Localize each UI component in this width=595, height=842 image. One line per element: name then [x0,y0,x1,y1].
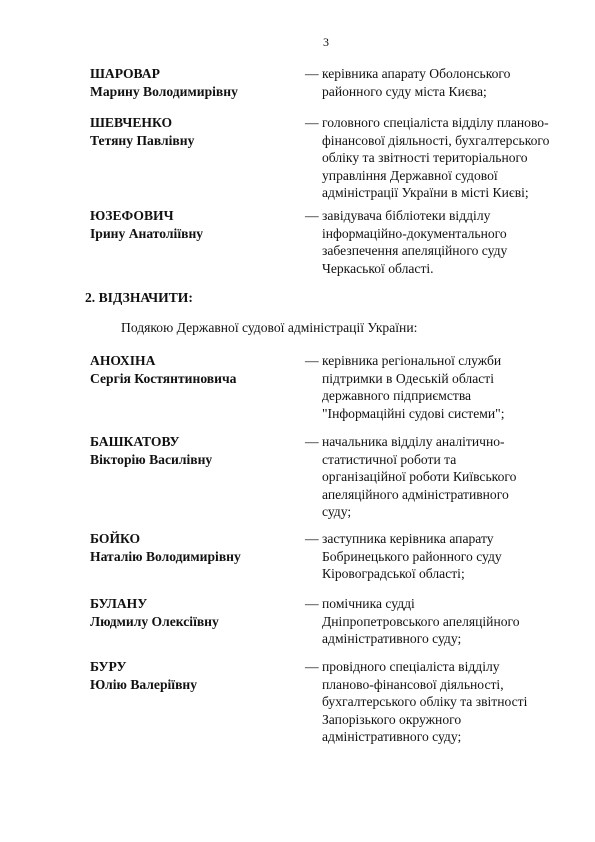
description-line: державного підприємства [322,387,562,405]
dash-separator: — [305,352,319,370]
description-line: обліку та звітності територіального [322,149,562,167]
dash-separator: — [305,114,319,132]
surname: ШЕВЧЕНКО [90,114,305,132]
given-names: Марину Володимирівну [90,83,305,101]
position-description: заступника керівника апаратуБобринецьког… [322,530,562,583]
person-name: ШЕВЧЕНКОТетяну Павлівну [90,114,305,149]
description-line: Дніпропетровського апеляційного [322,613,562,631]
surname: АНОХІНА [90,352,305,370]
given-names: Ірину Анатоліївну [90,225,305,243]
given-names: Людмилу Олексіївну [90,613,305,631]
person-name: ЮЗЕФОВИЧІрину Анатоліївну [90,207,305,242]
description-line: завідувача бібліотеки відділу [322,207,562,225]
position-description: начальника відділу аналітично-статистичн… [322,433,562,521]
person-name: БУЛАНУЛюдмилу Олексіївну [90,595,305,630]
surname: БОЙКО [90,530,305,548]
dash-separator: — [305,433,319,451]
dash-separator: — [305,595,319,613]
section-subtitle: Подякою Державної судової адміністрації … [121,319,417,337]
page-number: 3 [0,34,595,52]
dash-separator: — [305,530,319,548]
given-names: Вікторію Василівну [90,451,305,469]
position-description: керівника регіональної службипідтримки в… [322,352,562,422]
person-name: АНОХІНАСергія Костянтиновича [90,352,305,387]
description-line: районного суду міста Києва; [322,83,562,101]
description-line: керівника апарату Оболонського [322,65,562,83]
description-line: забезпечення апеляційного суду [322,242,562,260]
description-line: Бобринецького районного суду [322,548,562,566]
person-name: БУРУЮлію Валеріївну [90,658,305,693]
description-line: адміністрації України в місті Києві; [322,184,562,202]
description-line: головного спеціаліста відділу планово- [322,114,562,132]
description-line: апеляційного адміністративного [322,486,562,504]
description-line: управління Державної судової [322,167,562,185]
given-names: Сергія Костянтиновича [90,370,305,388]
dash-separator: — [305,207,319,225]
person-name: БАШКАТОВУВікторію Василівну [90,433,305,468]
surname: ЮЗЕФОВИЧ [90,207,305,225]
description-line: підтримки в Одеській області [322,370,562,388]
description-line: заступника керівника апарату [322,530,562,548]
dash-separator: — [305,65,319,83]
description-line: помічника судді [322,595,562,613]
description-line: адміністративного суду; [322,630,562,648]
position-description: головного спеціаліста відділу планово-фі… [322,114,562,202]
position-description: провідного спеціаліста відділупланово-фі… [322,658,562,746]
description-line: суду; [322,503,562,521]
person-name: БОЙКОНаталію Володимирівну [90,530,305,565]
surname: БУРУ [90,658,305,676]
section-title: 2. ВІДЗНАЧИТИ: [85,289,193,307]
surname: БУЛАНУ [90,595,305,613]
position-description: помічника суддіДніпропетровського апеляц… [322,595,562,648]
given-names: Тетяну Павлівну [90,132,305,150]
description-line: планово-фінансової діяльності, [322,676,562,694]
description-line: бухгалтерського обліку та звітності [322,693,562,711]
description-line: фінансової діяльності, бухгалтерського [322,132,562,150]
description-line: статистичної роботи та [322,451,562,469]
surname: ШАРОВАР [90,65,305,83]
description-line: Кіровоградської області; [322,565,562,583]
position-description: завідувача бібліотеки відділуінформаційн… [322,207,562,277]
given-names: Юлію Валеріївну [90,676,305,694]
dash-separator: — [305,658,319,676]
description-line: "Інформаційні судові системи"; [322,405,562,423]
description-line: начальника відділу аналітично- [322,433,562,451]
description-line: організаційної роботи Київського [322,468,562,486]
person-name: ШАРОВАРМарину Володимирівну [90,65,305,100]
given-names: Наталію Володимирівну [90,548,305,566]
description-line: адміністративного суду; [322,728,562,746]
position-description: керівника апарату Оболонськогорайонного … [322,65,562,100]
description-line: Запорізького окружного [322,711,562,729]
surname: БАШКАТОВУ [90,433,305,451]
description-line: інформаційно-документального [322,225,562,243]
description-line: провідного спеціаліста відділу [322,658,562,676]
description-line: керівника регіональної служби [322,352,562,370]
description-line: Черкаської області. [322,260,562,278]
